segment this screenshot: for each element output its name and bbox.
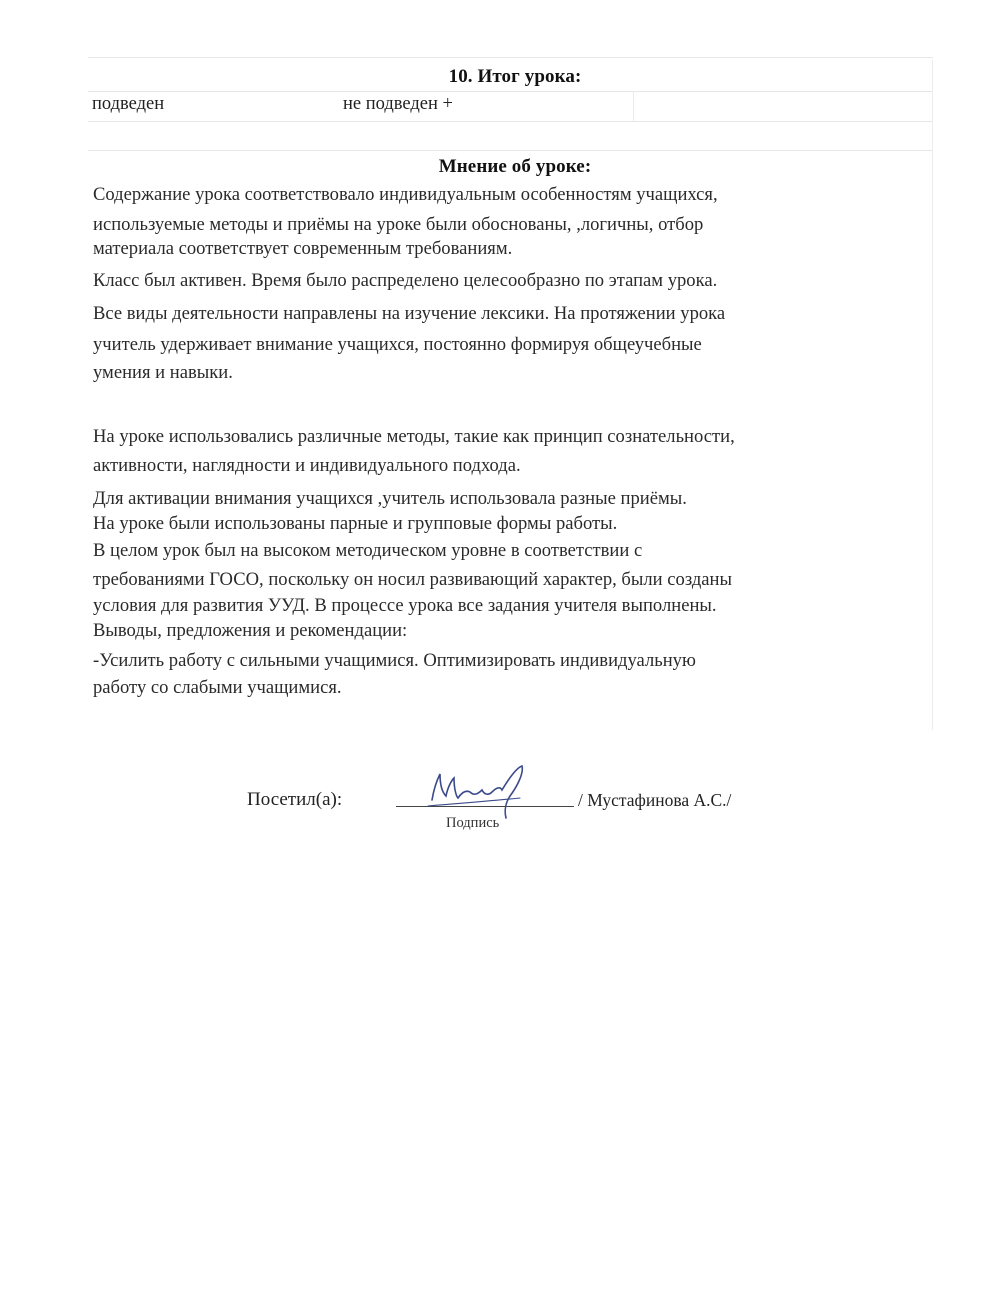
text-line: материала соответствует современным треб… — [93, 240, 512, 259]
text-line: Класс был активен. Время было распределе… — [93, 272, 717, 291]
text-line: требованиями ГОСО, поскольку он носил ра… — [93, 571, 732, 590]
section-title: 10. Итог урока: — [0, 66, 990, 88]
opinion-title: Мнение об уроке: — [0, 156, 990, 178]
text-line: Содержание урока соответствовало индивид… — [93, 186, 718, 205]
text-line: активности, наглядности и индивидуальног… — [93, 457, 521, 476]
table-rule — [633, 91, 634, 121]
text-line: работу со слабыми учащимися. — [93, 679, 342, 698]
text-line: умения и навыки. — [93, 364, 233, 383]
text-line: используемые методы и приёмы на уроке бы… — [93, 216, 703, 235]
text-line: В целом урок был на высоком методическом… — [93, 542, 642, 561]
option-summarized: подведен — [92, 94, 164, 115]
table-rule — [88, 91, 933, 92]
handwritten-signature — [420, 760, 540, 820]
text-line: -Усилить работу с сильными учащимися. Оп… — [93, 652, 696, 671]
visitor-label: Посетил(а): — [247, 789, 342, 811]
visitor-name: / Мустафинова А.С./ — [578, 790, 731, 811]
text-line: условия для развития УУД. В процессе уро… — [93, 597, 717, 616]
text-line: Все виды деятельности направлены на изуч… — [93, 305, 725, 324]
text-line: Выводы, предложения и рекомендации: — [93, 622, 407, 641]
table-rule — [88, 150, 933, 151]
text-line: На уроке использовались различные методы… — [93, 428, 735, 447]
text-line: учитель удерживает внимание учащихся, по… — [93, 336, 702, 355]
option-not-summarized: не подведен + — [343, 94, 453, 115]
text-line: Для активации внимания учащихся ,учитель… — [93, 490, 687, 509]
table-rule — [88, 121, 933, 122]
table-rule — [88, 57, 933, 58]
signature-caption: Подпись — [446, 815, 499, 832]
text-line: На уроке были использованы парные и груп… — [93, 515, 617, 534]
